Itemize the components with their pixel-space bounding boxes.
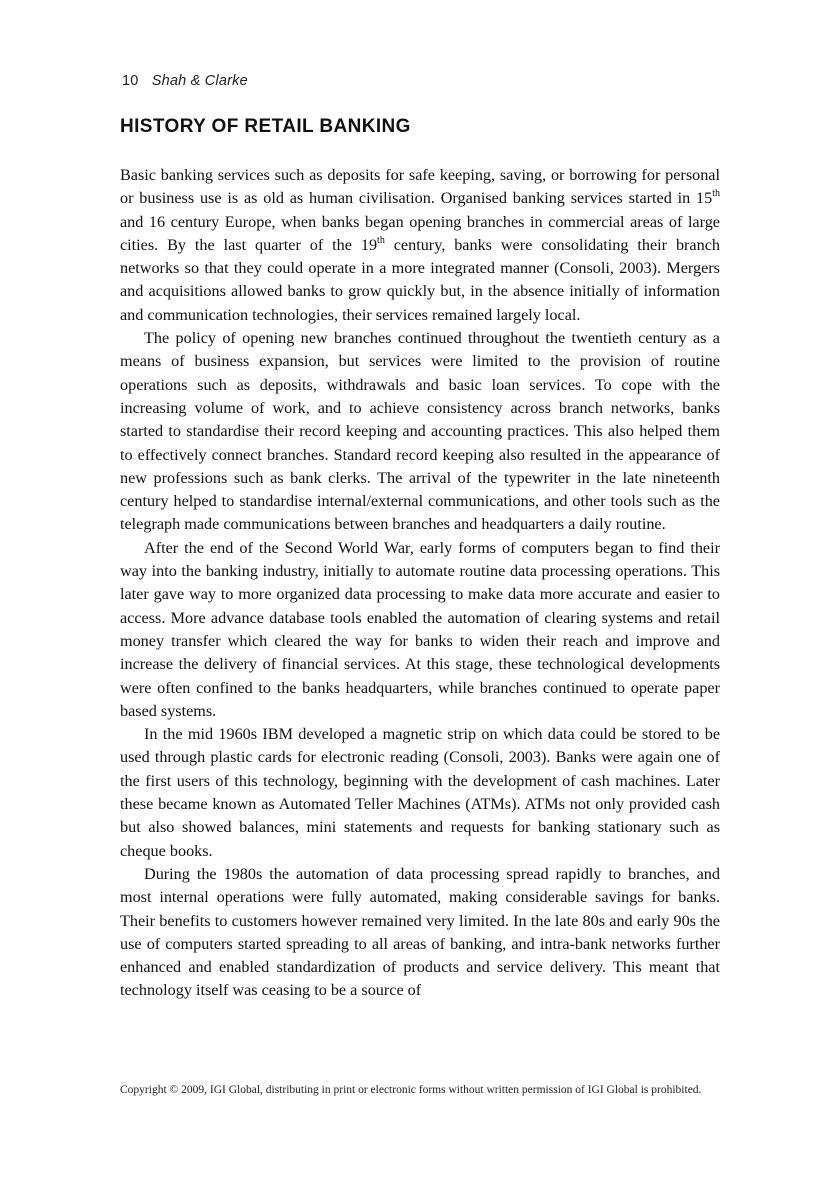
document-page: 10 Shah & Clarke HISTORY OF RETAIL BANKI… bbox=[0, 0, 840, 1200]
superscript-th: th bbox=[712, 188, 720, 199]
section-title: HISTORY OF RETAIL BANKING bbox=[120, 116, 411, 138]
paragraph-3: After the end of the Second World War, e… bbox=[120, 537, 720, 723]
copyright-notice: Copyright © 2009, IGI Global, distributi… bbox=[120, 1083, 725, 1099]
page-number: 10 bbox=[122, 73, 139, 89]
body-text: Basic banking services such as deposits … bbox=[120, 164, 720, 1003]
running-head: 10 Shah & Clarke bbox=[122, 73, 248, 89]
paragraph-4: In the mid 1960s IBM developed a magneti… bbox=[120, 723, 720, 863]
paragraph-1-text-a: Basic banking services such as deposits … bbox=[120, 166, 720, 207]
paragraph-5: During the 1980s the automation of data … bbox=[120, 863, 720, 1003]
paragraph-2: The policy of opening new branches conti… bbox=[120, 327, 720, 537]
paragraph-1: Basic banking services such as deposits … bbox=[120, 164, 720, 327]
running-head-authors: Shah & Clarke bbox=[152, 73, 248, 89]
superscript-th: th bbox=[377, 235, 385, 246]
